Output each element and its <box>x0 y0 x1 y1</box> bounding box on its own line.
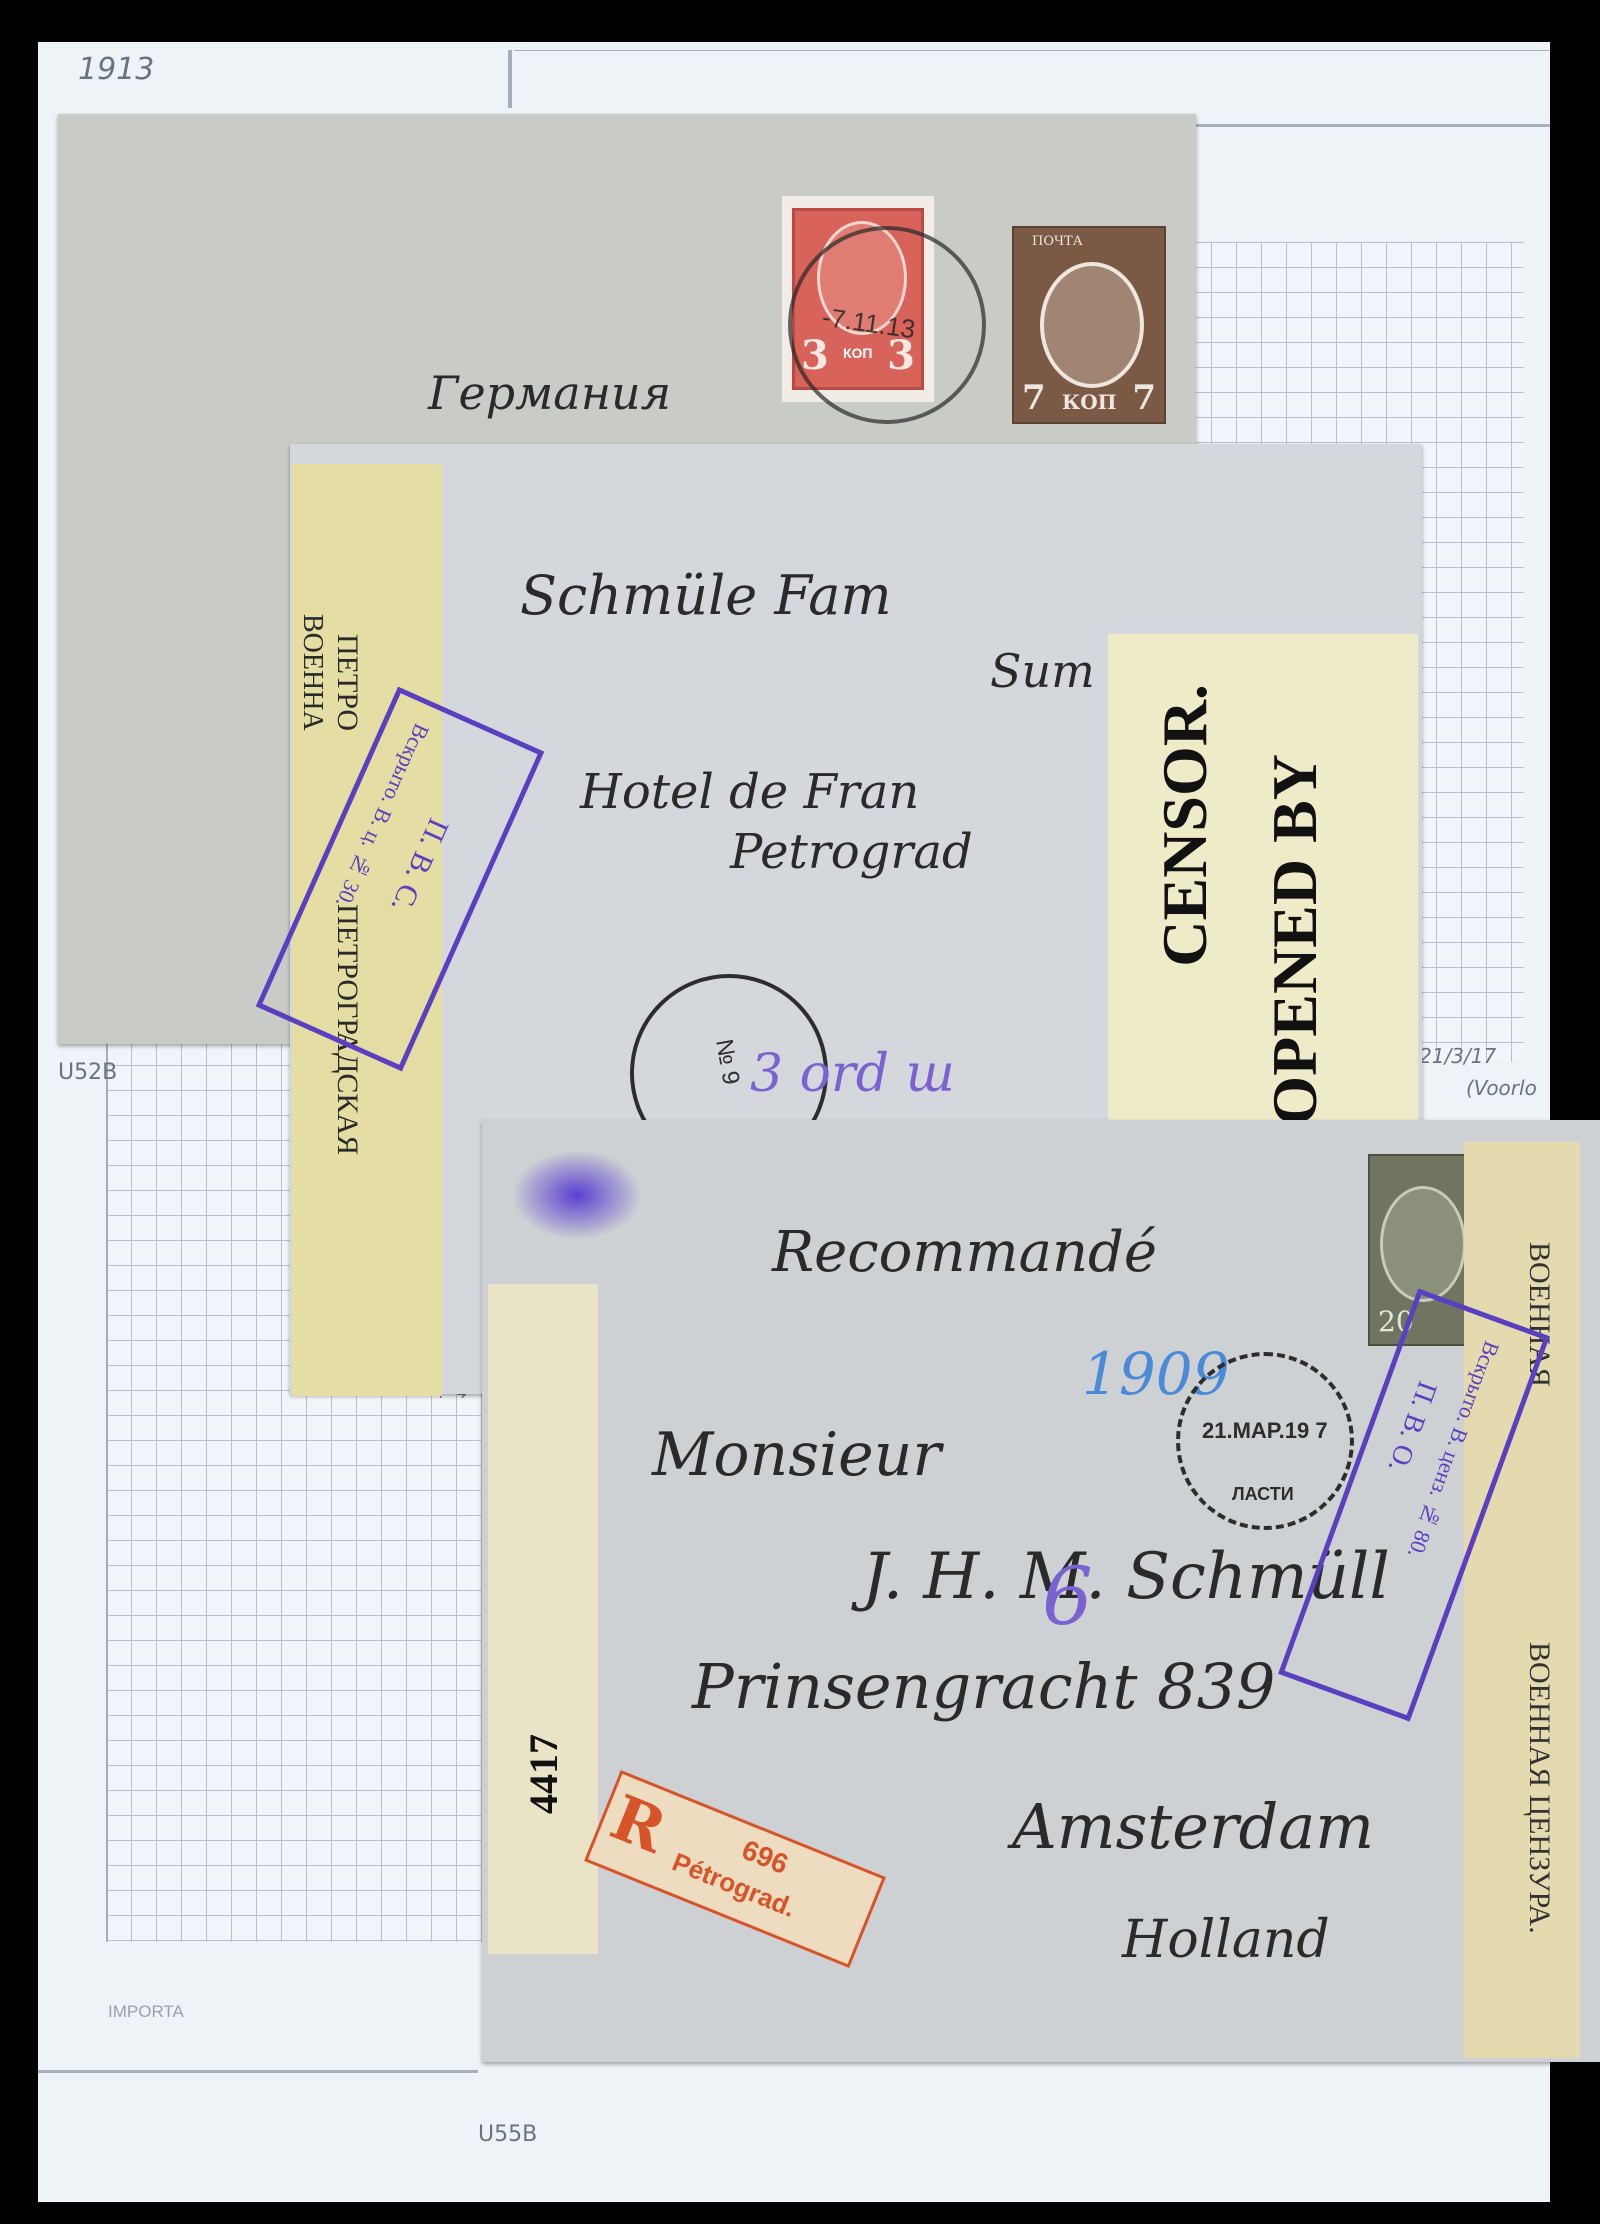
registration-label: R 696 Pétrograd. <box>584 1770 886 1968</box>
violet-crayon-number: 6 <box>1042 1550 1093 1643</box>
frame-line <box>38 2070 478 2073</box>
address-line-1: Monsieur <box>652 1420 941 1490</box>
address-line-3: Hotel de Fran <box>580 764 919 820</box>
heading-recommande: Recommandé <box>772 1220 1157 1285</box>
stamp-7-kop: ПОЧТА 7 7 КОП <box>1012 226 1166 424</box>
postmark-1913: -7.11.13 <box>788 226 986 424</box>
ink-smudge <box>512 1150 642 1240</box>
address-line-2: Sum <box>990 644 1095 698</box>
censor-label-right: OPENED BY CENSOR. <box>1108 634 1418 1178</box>
pencil-catalog-note-top: U52B <box>58 1060 117 1085</box>
frame-line <box>106 1038 108 1942</box>
stamp-header: ПОЧТА <box>1032 234 1083 249</box>
censor-tape-left: 4417 <box>488 1284 598 1954</box>
frame-line <box>508 50 512 108</box>
censor-number: 4417 <box>520 1734 567 1814</box>
address-line-4: Petrograd <box>730 824 973 880</box>
cover-registered-amsterdam: 4417 Recommandé 1909 Monsieur J. H. M. S… <box>482 1120 1600 2062</box>
postmark-date: -7.11.13 <box>820 302 917 346</box>
address-line-1: Schmüle Fam <box>520 564 892 627</box>
postmark-text: № 9 <box>709 1037 745 1087</box>
address-line-4: Amsterdam <box>1012 1790 1374 1863</box>
address-line-3: Prinsengracht 839 <box>692 1650 1275 1723</box>
censor-label-line2: CENSOR. <box>1148 684 1222 967</box>
address-germany: Германия <box>428 366 671 420</box>
stamp-value-left: 7 <box>1022 378 1046 418</box>
censor-strip-text-2: ВОЕННАЯ ЦЕНЗУРА. <box>1522 1642 1556 1934</box>
registration-letter: R <box>601 1781 676 1868</box>
postmark-date: 21.MAP.19 7 <box>1202 1418 1328 1444</box>
frame-line <box>514 50 1550 51</box>
pencil-catalog-note-bottom: U55B <box>478 2122 537 2147</box>
stamp-unit: КОП <box>1062 390 1117 414</box>
album-page: 1913 U52B U55B ⊙ 21/3/17 (Voorlo ↑ ↳ IMP… <box>38 42 1550 2202</box>
censor-strip-text-2: ВОЕННА <box>296 614 328 731</box>
portrait-oval <box>1040 262 1144 388</box>
postmark-amsterdam: 21.MAP.19 7 ЛАСТИ <box>1176 1352 1354 1530</box>
portrait-oval <box>1380 1186 1466 1302</box>
brand-footer: IMPORTA <box>108 2002 184 2022</box>
pencil-date-note-sub: (Voorlo <box>1466 1076 1537 1100</box>
stamp-value-right: 7 <box>1132 378 1156 418</box>
postmark-bottom: ЛАСТИ <box>1232 1484 1294 1505</box>
censor-strip-right: ВОЕННАЯ ВОЕННАЯ ЦЕНЗУРА. <box>1464 1142 1580 2058</box>
address-line-5: Holland <box>1122 1910 1330 1970</box>
censor-label-line1: OPENED BY <box>1258 754 1332 1126</box>
censor-handstamp-line2: П. В. С. <box>384 813 455 917</box>
violet-pencil-scrawl: 3 ord ш <box>750 1044 955 1104</box>
censor-strip-text-1: ПЕТРО <box>330 634 364 731</box>
censor-handstamp-line2: П. В. О. <box>1381 1377 1443 1476</box>
pencil-year-note: 1913 <box>78 52 154 87</box>
